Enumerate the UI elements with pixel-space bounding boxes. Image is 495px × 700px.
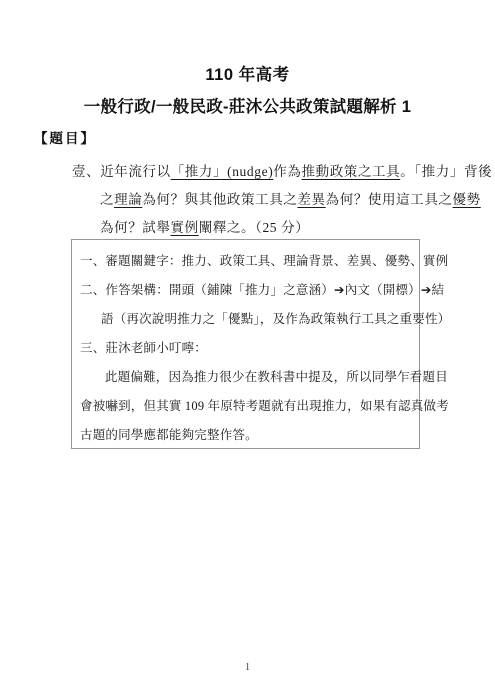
question-line-3: 為何？試舉實例闡釋之。（25 分）	[100, 216, 309, 236]
underlined-keyword-nudge: 「推力」(nudge)	[171, 164, 274, 179]
question-text-segment: 之	[100, 192, 114, 207]
teacher-note-line-1: 此題偏難，因為推力很少在教科書中提及，所以同學乍看題目	[80, 363, 411, 392]
question-text-segment: 為何？與其他政策工具之	[142, 192, 297, 207]
question-text-segment: 壹、近年流行以	[72, 164, 171, 179]
question-text-segment: 作為	[273, 164, 301, 179]
document-subtitle: 一般行政/一般民政-莊沐公共政策試題解析 1	[0, 93, 495, 117]
question-text-segment: 。「推力」背後	[400, 164, 492, 179]
analysis-structure-line-1: 二、作答架構：開頭（鋪陳「推力」之意涵）➔內文（開標）➔結	[80, 276, 411, 305]
analysis-box: 一、審題關鍵字：推力、政策工具、理論背景、差異、優勢、實例 二、作答架構：開頭（…	[71, 239, 420, 449]
underlined-keyword-difference: 差異	[297, 192, 325, 207]
analysis-keywords-line: 一、審題關鍵字：推力、政策工具、理論背景、差異、優勢、實例	[80, 247, 411, 276]
underlined-keyword-theory: 理論	[114, 192, 142, 207]
page-number: 1	[0, 661, 495, 673]
teacher-note-line-2: 會被嚇到，但其實 109 年原特考題就有出現推力，如果有認真做考	[80, 392, 411, 421]
document-page: 110 年高考 一般行政/一般民政-莊沐公共政策試題解析 1 【題目】 壹、近年…	[0, 0, 495, 700]
underlined-keyword-example: 實例	[171, 220, 199, 235]
underlined-keyword-advantage: 優勢	[453, 192, 481, 207]
question-text-segment: 為何？試舉	[100, 220, 171, 235]
question-line-2: 之理論為何？與其他政策工具之差異為何？使用這工具之優勢	[100, 188, 481, 208]
question-text-segment: 闡釋之。（25 分）	[199, 220, 310, 235]
teacher-note-line-3: 古題的同學應都能夠完整作答。	[80, 421, 411, 450]
question-text-segment: 為何？使用這工具之	[326, 192, 453, 207]
question-line-1: 壹、近年流行以「推力」(nudge)作為推動政策之工具。「推力」背後	[72, 160, 492, 180]
analysis-structure-line-2: 語（再次說明推力之「優點」，及作為政策執行工具之重要性）	[80, 305, 411, 334]
document-title: 110 年高考	[0, 61, 495, 85]
question-section-label: 【題目】	[34, 127, 96, 147]
underlined-keyword-policy-tool: 推動政策之工具	[302, 164, 401, 179]
teacher-note-heading: 三、莊沐老師小叮嚀：	[80, 334, 411, 363]
